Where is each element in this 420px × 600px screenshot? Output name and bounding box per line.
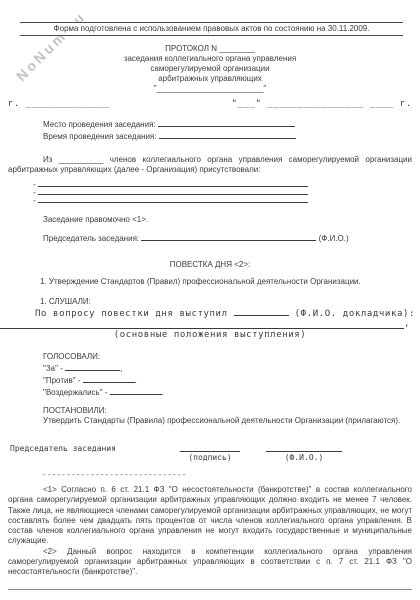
time-row: Время проведения заседания: <box>43 130 412 142</box>
document-page: NoNum.ru Форма подготовлена с использова… <box>0 0 420 600</box>
hearing-heading: 1. СЛУШАЛИ: <box>40 297 412 306</box>
chairman-label: Председатель заседания: <box>43 234 139 243</box>
voting-heading: ГОЛОСОВАЛИ: <box>43 352 412 362</box>
place-row: Место проведения заседания: <box>43 118 412 130</box>
vote-against-suffix: . <box>135 376 137 385</box>
statement-comma: , <box>404 319 410 329</box>
vote-abstained-label: "Воздержались" - <box>43 388 107 397</box>
form-note-banner: Форма подготовлена с использованием прав… <box>20 22 403 36</box>
vote-for-blank <box>65 362 120 371</box>
place-label: Место проведения заседания: <box>43 120 156 129</box>
attendee-row: - <box>33 186 412 194</box>
voting-block: ГОЛОСОВАЛИ: "За" - , "Против" - . "Возде… <box>43 352 412 398</box>
agenda-heading: ПОВЕСТКА ДНЯ <2>: <box>8 260 412 269</box>
chairman-suffix: (Ф.И.О.) <box>319 234 349 243</box>
vote-for-suffix: , <box>120 364 122 373</box>
vote-row-abstained: "Воздержались" - . <box>43 386 412 398</box>
resolution-text: Утвердить Стандарты (Правила) профессион… <box>8 416 412 426</box>
meeting-info: Место проведения заседания: Время провед… <box>43 118 412 142</box>
footnote-2: <2> Данный вопрос находится в компетенци… <box>8 547 412 578</box>
attendee-row: - <box>33 194 412 202</box>
signature-label: Председатель заседания <box>10 444 116 453</box>
vote-abstained-suffix: . <box>162 388 164 397</box>
signature-sign-column: (подпись) <box>180 440 240 462</box>
quorum-note: Заседание правомочно <1>. <box>43 215 412 224</box>
speaker-suffix: (Ф.И.О. докладчика): <box>295 309 415 319</box>
vote-abstained-blank <box>110 386 162 395</box>
speaker-row: По вопросу повестки дня выступил (Ф.И.О.… <box>35 307 412 319</box>
attendee-blank <box>38 194 308 203</box>
title-org-name-blank: "________________________" <box>8 84 412 94</box>
chairman-row: Председатель заседания: (Ф.И.О.) <box>43 232 412 243</box>
time-label: Время проведения заседания: <box>43 132 156 141</box>
chairman-blank <box>141 232 316 241</box>
attendee-row: - <box>33 178 412 186</box>
attendees-list: - - - <box>33 178 412 202</box>
signature-name-column: (Ф.И.О.) <box>266 440 342 462</box>
signature-sign-blank <box>180 440 240 452</box>
date-blank: "___" ________________ ____ г. <box>231 99 412 109</box>
statement-blank-line: , <box>0 319 410 329</box>
page-bottom-rule <box>8 589 412 590</box>
vote-for-label: "За" - <box>43 364 63 373</box>
signature-name-blank <box>266 440 342 452</box>
title-line-number: ПРОТОКОЛ N ________ <box>8 44 412 54</box>
vote-row-against: "Против" - . <box>43 374 412 386</box>
city-blank: г. ______________ <box>8 99 110 109</box>
footnote-separator: ------------------------------ <box>42 470 412 479</box>
vote-against-label: "Против" - <box>43 376 80 385</box>
statement-caption: (основные положения выступления) <box>8 330 412 340</box>
resolution-heading: ПОСТАНОВИЛИ: <box>43 406 412 415</box>
footnote-1: <1> Согласно п. 6 ст. 21.1 ФЗ "О несосто… <box>8 485 412 547</box>
title-line-managers: арбитражных управляющих <box>8 74 412 84</box>
vote-against-blank <box>83 374 135 383</box>
bullet-dash: - <box>33 196 36 205</box>
time-blank <box>159 130 296 139</box>
attendees-intro: Из __________ членов коллегиального орга… <box>8 155 412 175</box>
signature-name-caption: (Ф.И.О.) <box>266 452 342 462</box>
vote-row-for: "За" - , <box>43 362 412 374</box>
signature-block: Председатель заседания (подпись) (Ф.И.О.… <box>8 440 412 466</box>
agenda-item-1: 1. Утверждение Стандартов (Правил) профе… <box>40 277 412 286</box>
statement-blank <box>0 319 404 329</box>
city-date-row: г. ______________ "___" ________________… <box>8 99 412 109</box>
signature-sign-caption: (подпись) <box>180 452 240 462</box>
speaker-prefix: По вопросу повестки дня выступил <box>35 309 228 319</box>
title-line-body: заседания коллегиального органа управлен… <box>8 54 412 64</box>
speaker-blank <box>234 307 289 316</box>
protocol-title: ПРОТОКОЛ N ________ заседания коллегиаль… <box>8 44 412 94</box>
title-line-org: саморегулируемой организации <box>8 64 412 74</box>
place-blank <box>158 118 295 127</box>
document-body: ПРОТОКОЛ N ________ заседания коллегиаль… <box>0 0 420 590</box>
